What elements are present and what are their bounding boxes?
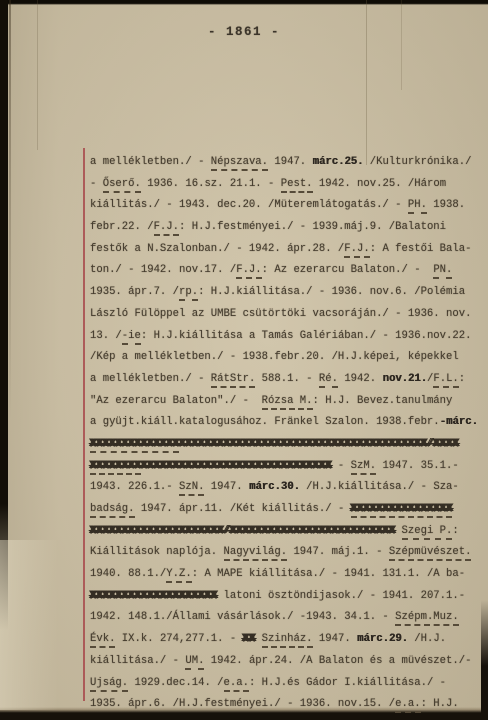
text-line: a mellékletben./ - RátStr. 588.1. - Ré. … [90,369,478,391]
text-line: kiállitás./ - 1943. dec.20. /Müteremláto… [90,195,478,217]
scan-edge-top [0,0,488,5]
page-number: - 1861 - [0,25,488,39]
text-line: Évk. IX.k. 274,277.1. - XX Szinház. 1947… [90,629,478,651]
text-line: a mellékletben./ - Népszava. 1947. márc.… [90,152,478,174]
paper-light-band [0,540,58,710]
text-line: 1935. ápr.6. /H.J.festményei./ - 1936. n… [90,694,478,716]
text-line: XXXXXXXXXXXXXXXXXXXX latoni ösztöndijaso… [90,586,478,608]
text-line: kiállitása./ - UM. 1942. ápr.24. /A Bala… [90,651,478,673]
text-line: ton./ - 1942. nov.17. /F.J.: Az ezerarcu… [90,260,478,282]
text-line: - Őserő. 1936. 16.sz. 21.1. - Pest. 1942… [90,174,478,196]
text-line: 1942. 148.1./Állami vásárlások./ -1943. … [90,607,478,629]
text-line: febr.22. /F.J.: H.J.festményei./ - 1939.… [90,217,478,239]
scan-edge-right-bottom [481,600,488,720]
margin-rule-line [83,148,85,701]
text-line: a gyüjt.kiáll.katalogusához. Fränkel Sza… [90,412,478,434]
scan-edge-left-shadow [9,0,11,420]
text-line: 1940. 88.1./Y.Z.: A MAPE kiállitása./ - … [90,564,478,586]
text-line: /Kép a mellékletben./ - 1938.febr.20. /H… [90,347,478,369]
text-line: Kiállitások naplója. Nagyvilág. 1947. má… [90,542,478,564]
paper-crease [37,0,38,150]
paper-crease [401,0,402,90]
text-line: 1943. 226.1.- SzN. 1947. márc.30. /H.J.k… [90,477,478,499]
text-line: XXXXXXXXXXXXXXXXXXXXX/XXXXXXXXXXXXXXXXXX… [90,521,478,543]
text-line: XXXXXXXXXXXXXXXXXXXXXXXXXXXXXXXXXXXXXX -… [90,456,478,478]
scanned-document-page: - 1861 - a mellékletben./ - Népszava. 19… [0,0,488,720]
text-line: László Fülöppel az UMBE csütörtöki vacso… [90,304,478,326]
text-line: badság. 1947. ápr.11. /Két kiállitás./ -… [90,499,478,521]
text-line: 13. /-ie: H.J.kiállitása a Tamás Galériá… [90,326,478,348]
scan-edge-left [0,0,8,630]
bibliography-text-block: a mellékletben./ - Népszava. 1947. márc.… [90,152,478,716]
text-line: XXXXXXXXXXXXXXXXXXXXXXXXXXXXXXXXXXXXXXXX… [90,434,478,456]
text-line: 1935. ápr.7. /rp.: H.J.kiállitása./ - 19… [90,282,478,304]
text-line: "Az ezerarcu Balaton"./ - Rózsa M.: H.J.… [90,391,478,413]
text-line: Ujság. 1929.dec.14. /e.a.: H.J.és Gádor … [90,673,478,695]
text-line: festők a N.Szalonban./ - 1942. ápr.28. /… [90,239,478,261]
